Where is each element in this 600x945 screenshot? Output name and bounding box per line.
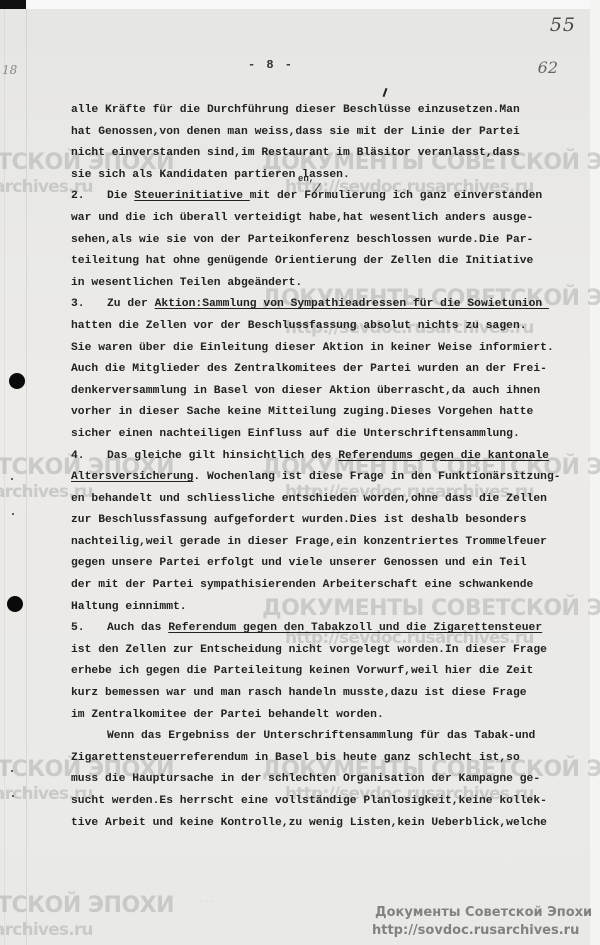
text-line: nachteilig,weil gerade in dieser Frage,e… [71,532,571,554]
text-line: 3.Zu der Aktion:Sammlung von Sympathiead… [71,294,571,316]
text-line: sucht werden.Es herrscht eine vollständi… [71,791,571,813]
text-line: hatten die Zellen vor der Beschlussfassu… [71,316,571,338]
text-segment: Zigarettensteuerreferendum in Basel bis … [71,752,520,764]
text-line: denkerversammlung in Basel von dieser Ak… [71,381,571,403]
text-line: kurz bemessen war und man rasch handeln … [71,683,571,705]
text-segment: mit der Formulierung ich ganz einverstan… [250,190,542,202]
text-line: sie sich als Kandidaten partieren lassen… [71,165,571,187]
text-segment: sicher einen nachteiligen Einfluss auf d… [71,428,520,440]
speck [12,795,14,797]
text-segment: sucht werden.Es herrscht eine vollständi… [71,795,547,807]
text-segment: im Zentralkomitee der Partei behandelt w… [71,709,384,721]
text-line: 4.Das gleiche gilt hinsichtlich des Refe… [71,446,571,468]
text-line: 5.Auch das Referendum gegen den Tabakzol… [71,618,571,640]
handwritten-margin-mark: 18 [2,63,17,77]
text-segment: denkerversammlung in Basel von dieser Ak… [71,385,540,397]
point-number: 5. [71,618,107,640]
text-line: tive Arbeit und keine Kontrolle,zu wenig… [71,813,571,835]
footer-watermark-title: Документы Советской Эпохи [375,905,592,920]
text-line: hat Genossen,von denen man weiss,dass si… [71,122,571,144]
text-segment: alle Kräfte für die Durchführung dieser … [71,104,520,116]
handwritten-folio-number: 55 [550,14,576,36]
text-segment: Wenn das Ergebniss der Unterschriftensam… [107,730,535,742]
text-segment: nachteilig,weil gerade in dieser Frage,e… [71,536,547,548]
archival-document-scan: ТСКОЙ ЭПОХИ ДОКУМЕНТЫ СОВЕТСКОЙ ЭПОХИ ar… [0,0,600,945]
scan-top-border [0,0,600,9]
text-line: ist den Zellen zur Entscheidung nicht vo… [71,640,571,662]
text-line: in wesentlichen Teilen abgeändert. [71,273,571,295]
text-line: Zigarettensteuerreferendum in Basel bis … [71,748,571,770]
page-number: - 8 - [248,58,294,72]
text-segment: der mit der Partei sympathisierenden Arb… [71,579,533,591]
text-segment: in wesentlichen Teilen abgeändert. [71,277,302,289]
underlined-phrase: Steuerinitiative [134,190,250,202]
speck [11,478,13,480]
text-segment: tive Arbeit und keine Kontrolle,zu wenig… [71,817,547,829]
footer-watermark-url: http://sovdoc.rusarchives.ru [372,923,579,938]
text-segment: hatten die Zellen vor der Beschlussfassu… [71,320,527,332]
text-segment: en behandelt und schliessliche entschied… [71,493,547,505]
text-segment: war und die ich überall verteidigt habe,… [71,212,533,224]
speck [12,513,14,515]
text-line: erhebe ich gegen die Parteileitung keine… [71,661,571,683]
text-line: sehen,als wie sie von der Parteikonferen… [71,230,571,252]
text-segment: erhebe ich gegen die Parteileitung keine… [71,665,533,677]
text-segment: Sie waren über die Einleitung dieser Akt… [71,342,554,354]
typed-body-text: alle Kräfte für die Durchführung dieser … [71,100,571,834]
underlined-phrase: Referendums gegen die kantonale [338,450,549,462]
text-segment: Haltung einnimmt. [71,601,187,613]
text-segment: hat Genossen,von denen man weiss,dass si… [71,126,520,138]
text-line: sicher einen nachteiligen Einfluss auf d… [71,424,571,446]
underlined-phrase: Altersversicherung [71,471,193,483]
text-line: der mit der Partei sympathisierenden Arb… [71,575,571,597]
point-number: 3. [71,294,107,316]
text-segment: vorher in dieser Sache keine Mitteilung … [71,406,533,418]
text-segment: kurz bemessen war und man rasch handeln … [71,687,527,699]
text-segment: muss die Hauptursache in der schlechten … [71,773,540,785]
text-line: muss die Hauptursache in der schlechten … [71,769,571,791]
text-line: Haltung einnimmt. [71,597,571,619]
handwritten-secondary-folio: 62 [538,58,558,77]
text-line: Wenn das Ergebniss der Unterschriftensam… [71,726,571,748]
speck [11,770,13,772]
text-segment: sie sich als Kandidaten partieren lassen… [71,169,350,181]
underlined-phrase: Aktion:Sammlung von Sympathieadressen fü… [155,298,549,310]
underlined-phrase: Referendum gegen den Tabakzoll und die Z… [168,622,542,634]
text-line: Sie waren über die Einleitung dieser Akt… [71,338,571,360]
text-segment: zur Beschlussfassung aufgefordert wurden… [71,514,527,526]
text-line: 2.Die Steuerinitiative mit der Formulier… [71,186,571,208]
text-line: Auch die Mitglieder des Zentralkomitees … [71,359,571,381]
text-segment: teileitung hat ohne genügende Orientieru… [71,255,533,267]
text-segment: ist den Zellen zur Entscheidung nicht vo… [71,644,547,656]
text-segment: Das gleiche gilt hinsichtlich des [107,450,338,462]
text-line: nicht einverstanden sind,im Restaurant i… [71,143,571,165]
text-line: vorher in dieser Sache keine Mitteilung … [71,402,571,424]
text-segment: Auch das [107,622,168,634]
fold-line [26,9,27,945]
text-segment: Auch die Mitglieder des Zentralkomitees … [71,363,547,375]
text-line: zur Beschlussfassung aufgefordert wurden… [71,510,571,532]
scan-corner [0,0,26,9]
text-segment: . Wochenlang ist diese Frage in den Funk… [193,471,560,483]
text-segment: gegen unsere Partei erfolgt und viele un… [71,557,527,569]
text-line: gegen unsere Partei erfolgt und viele un… [71,553,571,575]
text-segment: Die [107,190,134,202]
scan-right-border [590,0,600,945]
text-line: en behandelt und schliessliche entschied… [71,489,571,511]
faint-bleedthrough: · · · [200,897,213,906]
text-segment: Zu der [107,298,155,310]
text-line: teileitung hat ohne genügende Orientieru… [71,251,571,273]
point-number: 2. [71,186,107,208]
point-number: 4. [71,446,107,468]
text-line: im Zentralkomitee der Partei behandelt w… [71,705,571,727]
text-segment: nicht einverstanden sind,im Restaurant i… [71,147,520,159]
text-line: alle Kräfte für die Durchführung dieser … [71,100,571,122]
text-line: war und die ich überall verteidigt habe,… [71,208,571,230]
text-segment: sehen,als wie sie von der Parteikonferen… [71,234,533,246]
fold-line [4,9,5,945]
punch-hole-icon [9,373,25,389]
text-line: Altersversicherung. Wochenlang ist diese… [71,467,571,489]
punch-hole-icon [7,596,23,612]
